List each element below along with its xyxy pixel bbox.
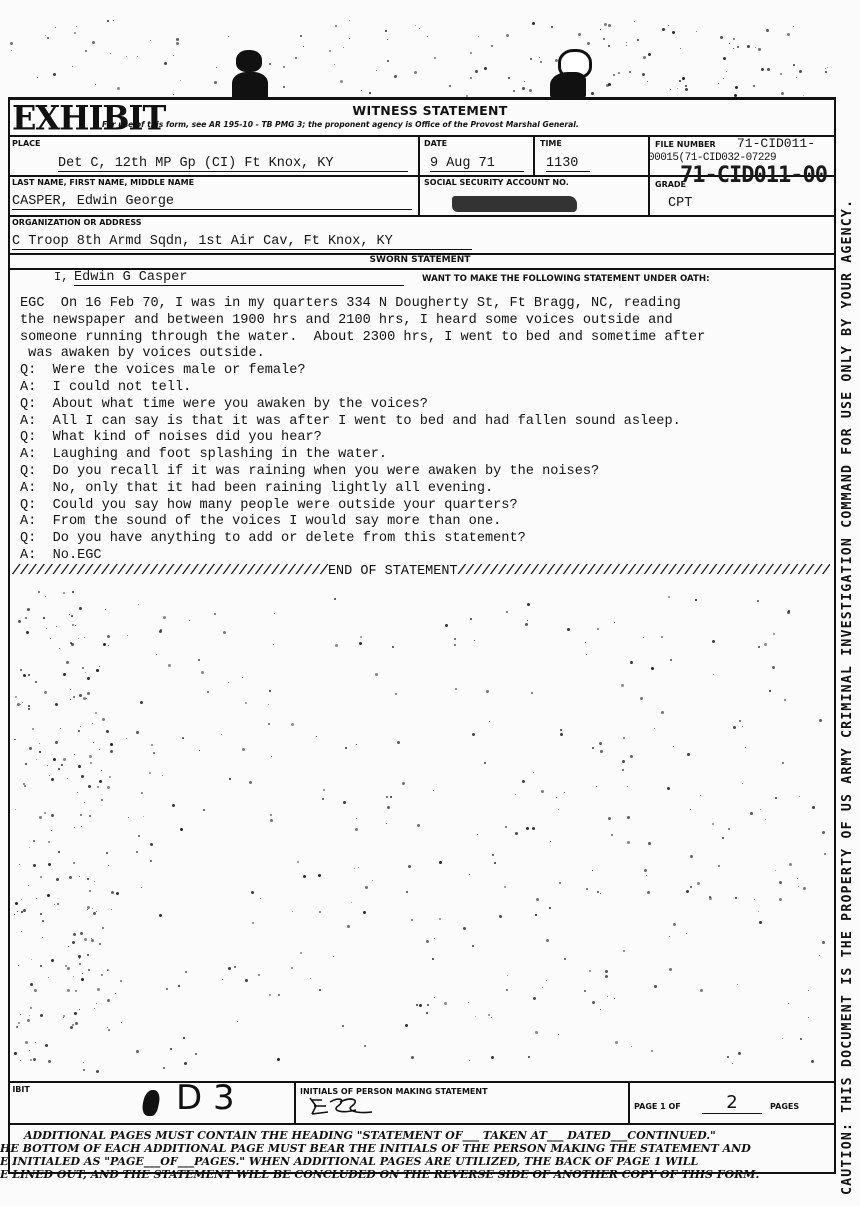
divider: [8, 1081, 836, 1083]
statement-line: Q: Do you have anything to add or delete…: [20, 531, 830, 548]
scan-blob-left-body: [232, 72, 268, 100]
time-label: TIME: [540, 139, 562, 148]
statement-line: Q: Were the voices male or female?: [20, 363, 830, 380]
statement-line: A: No, only that it had been raining lig…: [20, 481, 830, 498]
page-prefix: PAGE 1 OF: [634, 1102, 681, 1111]
divider: [294, 1081, 296, 1123]
divider: [8, 1123, 836, 1125]
exhibit-label: EXHIBIT: [0, 1085, 30, 1094]
i-prefix: I,: [54, 270, 68, 284]
statement-line: the newspaper and between 1900 hrs and 2…: [20, 313, 830, 330]
statement-line: A: No.EGC: [20, 548, 830, 565]
organization-label: ORGANIZATION OR ADDRESS: [12, 218, 141, 227]
slash-fill: ////////////////////////////////////////…: [458, 564, 830, 579]
file-number-value-1: 71-CID011-: [737, 136, 815, 151]
declarant-name: Edwin G Casper: [74, 270, 404, 286]
footer-line: E INITIALED AS "PAGE___OF___PAGES." WHEN…: [0, 1155, 842, 1168]
time-value: 1130: [546, 156, 590, 172]
statement-line: Q: About what time were you awaken by th…: [20, 397, 830, 414]
place-value: Det C, 12th MP Gp (CI) Ft Knox, KY: [58, 156, 408, 172]
footer-line: HE BOTTOM OF EACH ADDITIONAL PAGE MUST B…: [0, 1142, 842, 1155]
place-label: PLACE: [12, 139, 41, 148]
statement-line: EGC On 16 Feb 70, I was in my quarters 3…: [20, 296, 830, 313]
file-number-label: FILE NUMBER: [655, 140, 716, 149]
page-suffix: PAGES: [770, 1102, 799, 1111]
name-value: CASPER, Edwin George: [12, 194, 412, 210]
form-usage-note: For use of this form, see AR 195-10 - TB…: [102, 120, 579, 129]
date-value: 9 Aug 71: [430, 156, 524, 172]
end-of-statement-marker: END OF STATEMENT: [328, 564, 458, 579]
date-label: DATE: [424, 139, 447, 148]
statement-line: someone running through the water. About…: [20, 330, 830, 347]
file-overstamp: 71-CID011-00: [680, 163, 827, 188]
initials-signature: [306, 1094, 376, 1116]
footer-instructions: ADDITIONAL PAGES MUST CONTAIN THE HEADIN…: [12, 1129, 842, 1181]
slash-fill: ///////////////////////////////////////: [12, 564, 328, 579]
statement-line: A: All I can say is that it was after I …: [20, 414, 830, 431]
exhibit-value: D 3: [176, 1078, 235, 1118]
organization-value: C Troop 8th Armd Sqdn, 1st Air Cav, Ft K…: [12, 234, 472, 250]
side-caution-text: CAUTION: THIS DOCUMENT IS THE PROPERTY O…: [840, 85, 855, 1195]
statement-line: was awaken by voices outside.: [20, 346, 830, 363]
statement-body: EGC On 16 Feb 70, I was in my quarters 3…: [20, 296, 830, 565]
statement-line: A: Laughing and foot splashing in the wa…: [20, 447, 830, 464]
ssn-redaction: [452, 196, 577, 212]
footer-line: ADDITIONAL PAGES MUST CONTAIN THE HEADIN…: [12, 1129, 842, 1142]
statement-line: A: From the sound of the voices I would …: [20, 514, 830, 531]
scan-blob-left: [236, 50, 262, 72]
statement-line: Q: What kind of noises did you hear?: [20, 430, 830, 447]
grade-value: CPT: [668, 196, 692, 211]
name-label: LAST NAME, FIRST NAME, MIDDLE NAME: [12, 178, 194, 187]
sworn-statement-header: SWORN STATEMENT: [340, 255, 500, 265]
statement-line: A: I could not tell.: [20, 380, 830, 397]
ssn-label: SOCIAL SECURITY ACCOUNT NO.: [424, 178, 569, 187]
divider: [8, 135, 836, 137]
oath-text: WANT TO MAKE THE FOLLOWING STATEMENT UND…: [422, 274, 710, 284]
form-title: WITNESS STATEMENT: [280, 103, 580, 118]
statement-line: Q: Could you say how many people were ou…: [20, 498, 830, 515]
footer-line: E LINED OUT, AND THE STATEMENT WILL BE C…: [0, 1168, 842, 1181]
divider: [8, 215, 836, 217]
end-of-statement-line: ///////////////////////////////////////E…: [12, 564, 830, 579]
exhibit-stamp: EXHIBIT: [12, 99, 165, 137]
statement-line: Q: Do you recall if it was raining when …: [20, 464, 830, 481]
divider: [628, 1081, 630, 1123]
scan-blob-right-body: [550, 72, 586, 98]
page-total: 2: [702, 1093, 762, 1114]
divider: [533, 135, 535, 175]
